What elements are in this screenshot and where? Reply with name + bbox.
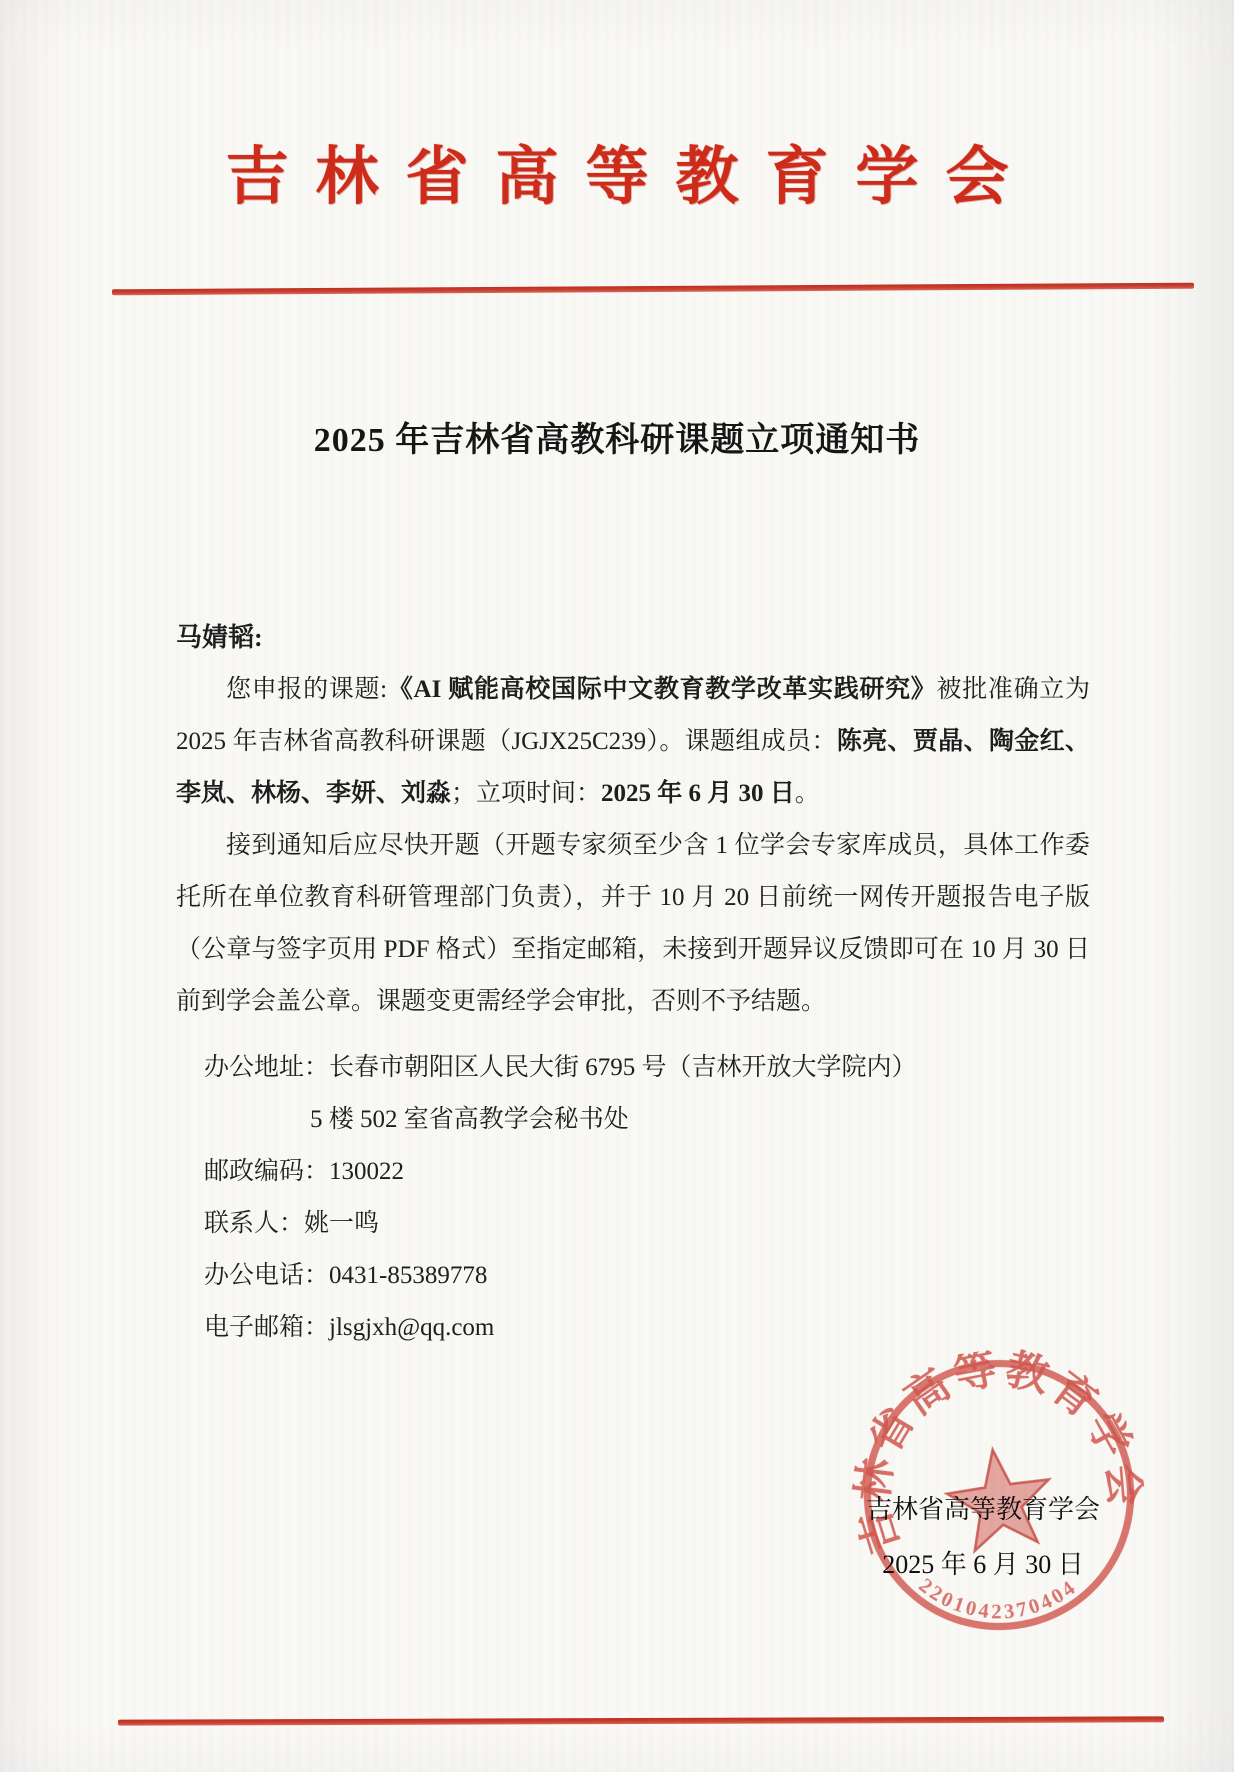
contact-person: 联系人：姚一鸣 [204,1198,1090,1250]
contact-postal-code: 邮政编码：130022 [204,1146,1090,1198]
contact-address-line2: 5 楼 502 室省高教学会秘书处 [204,1094,1090,1146]
project-title-run: 《AI 赋能高校国际中文教育教学改革实践研究》 [387,676,936,703]
text-run: 您申报的课题: [226,676,387,703]
text-run: ；立项时间： [451,780,601,807]
contact-email: 电子邮箱：jlsgjxh@qq.com [204,1302,1090,1354]
contact-address-line1: 办公地址：长春市朝阳区人民大街 6795 号（吉林开放大学院内） [204,1042,1090,1094]
contact-phone: 办公电话：0431-85389778 [204,1250,1090,1302]
recipient-salutation: 马婧韬: [176,612,1090,664]
seal-star-icon [942,1443,1057,1554]
footer-rule [118,1716,1164,1725]
paragraph-instructions: 接到通知后应尽快开题（开题专家须至少含 1 位学会专家库成员，具体工作委托所在单… [176,820,1090,1028]
text-run: 。 [795,780,820,807]
paragraph-approval: 您申报的课题:《AI 赋能高校国际中文教育教学改革实践研究》被批准确立为 202… [176,664,1090,820]
letterhead-org-title: 吉林省高等教育学会 [0,126,1234,217]
document-page: 吉林省高等教育学会 2025 年吉林省高教科研课题立项通知书 马婧韬: 您申报的… [0,0,1234,1772]
contact-block: 办公地址：长春市朝阳区人民大街 6795 号（吉林开放大学院内） 5 楼 502… [176,1042,1090,1354]
header-rule [112,283,1194,296]
official-seal: 吉林省高等教育学会 2201042370404 [835,1331,1163,1659]
approval-date-run: 2025 年 6 月 30 日 [601,780,795,807]
doc-title: 2025 年吉林省高教科研课题立项通知书 [0,412,1234,461]
letter-body: 马婧韬: 您申报的课题:《AI 赋能高校国际中文教育教学改革实践研究》被批准确立… [176,612,1090,1354]
